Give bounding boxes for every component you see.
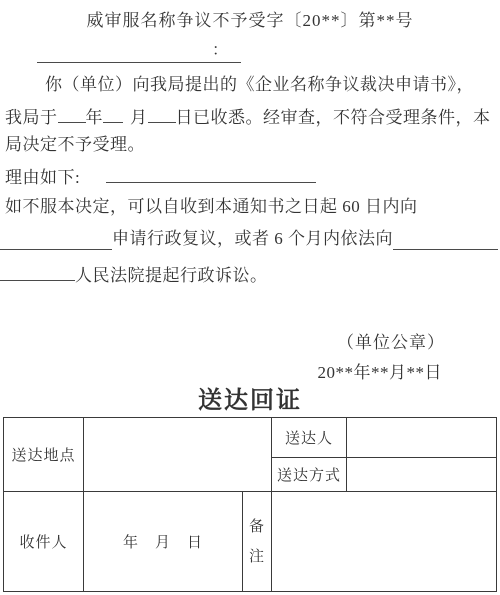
- body-line-2: 我局于年月日已收悉。经审查，不符合受理条件，本: [5, 104, 491, 129]
- year-blank: [58, 104, 86, 123]
- rejection-notice-document: { "colors": { "ink": "#333333", "paper":…: [0, 0, 500, 595]
- addressee-colon: ：: [212, 42, 228, 59]
- addressee-blank-line: ：: [37, 40, 241, 63]
- delivery-place-value-cell: [84, 418, 272, 492]
- delivery-method-value-cell: [347, 458, 497, 492]
- court-blank-lead: [393, 231, 498, 250]
- appeal-line-2: 申请行政复议，或者 6 个月内依法向: [0, 228, 498, 250]
- delivery-person-label: 送达人: [272, 418, 347, 458]
- remark-label: 备注: [243, 492, 272, 592]
- remark-value-cell: [272, 492, 497, 592]
- body-line-1: 你（单位）向我局提出的《企业名称争议裁决申请书》，: [45, 74, 474, 96]
- reason-blank: [106, 164, 316, 183]
- appeal-line-3: 人民法院提起行政诉讼。: [0, 262, 268, 287]
- delivery-person-value-cell: [347, 418, 497, 458]
- delivery-receipt-table: 送达地点 送达人 送达方式 收件人 年 月 日 备注: [3, 417, 497, 592]
- recipient-sign-date-cell: 年 月 日: [84, 492, 243, 592]
- appeal-line-1: 如不服本决定，可以自收到本通知书之日起 60 日内向: [5, 196, 418, 218]
- unit-seal-placeholder: （单位公章）: [0, 328, 445, 353]
- document-number-line: 威审服名称争议不予受字〔20**〕第**号: [0, 6, 500, 31]
- review-organ-blank: [0, 231, 112, 250]
- day-blank: [148, 104, 176, 123]
- court-blank-tail: [0, 262, 75, 281]
- delivery-place-label: 送达地点: [4, 418, 84, 492]
- body-line-3: 局决定不予受理。: [5, 134, 145, 156]
- delivery-receipt-title: 送达回证: [0, 380, 500, 415]
- recipient-label: 收件人: [4, 492, 84, 592]
- reason-line: 理由如下:: [5, 164, 316, 189]
- month-blank: [103, 104, 123, 123]
- delivery-method-label: 送达方式: [272, 458, 347, 492]
- reason-label: 理由如下:: [5, 168, 80, 187]
